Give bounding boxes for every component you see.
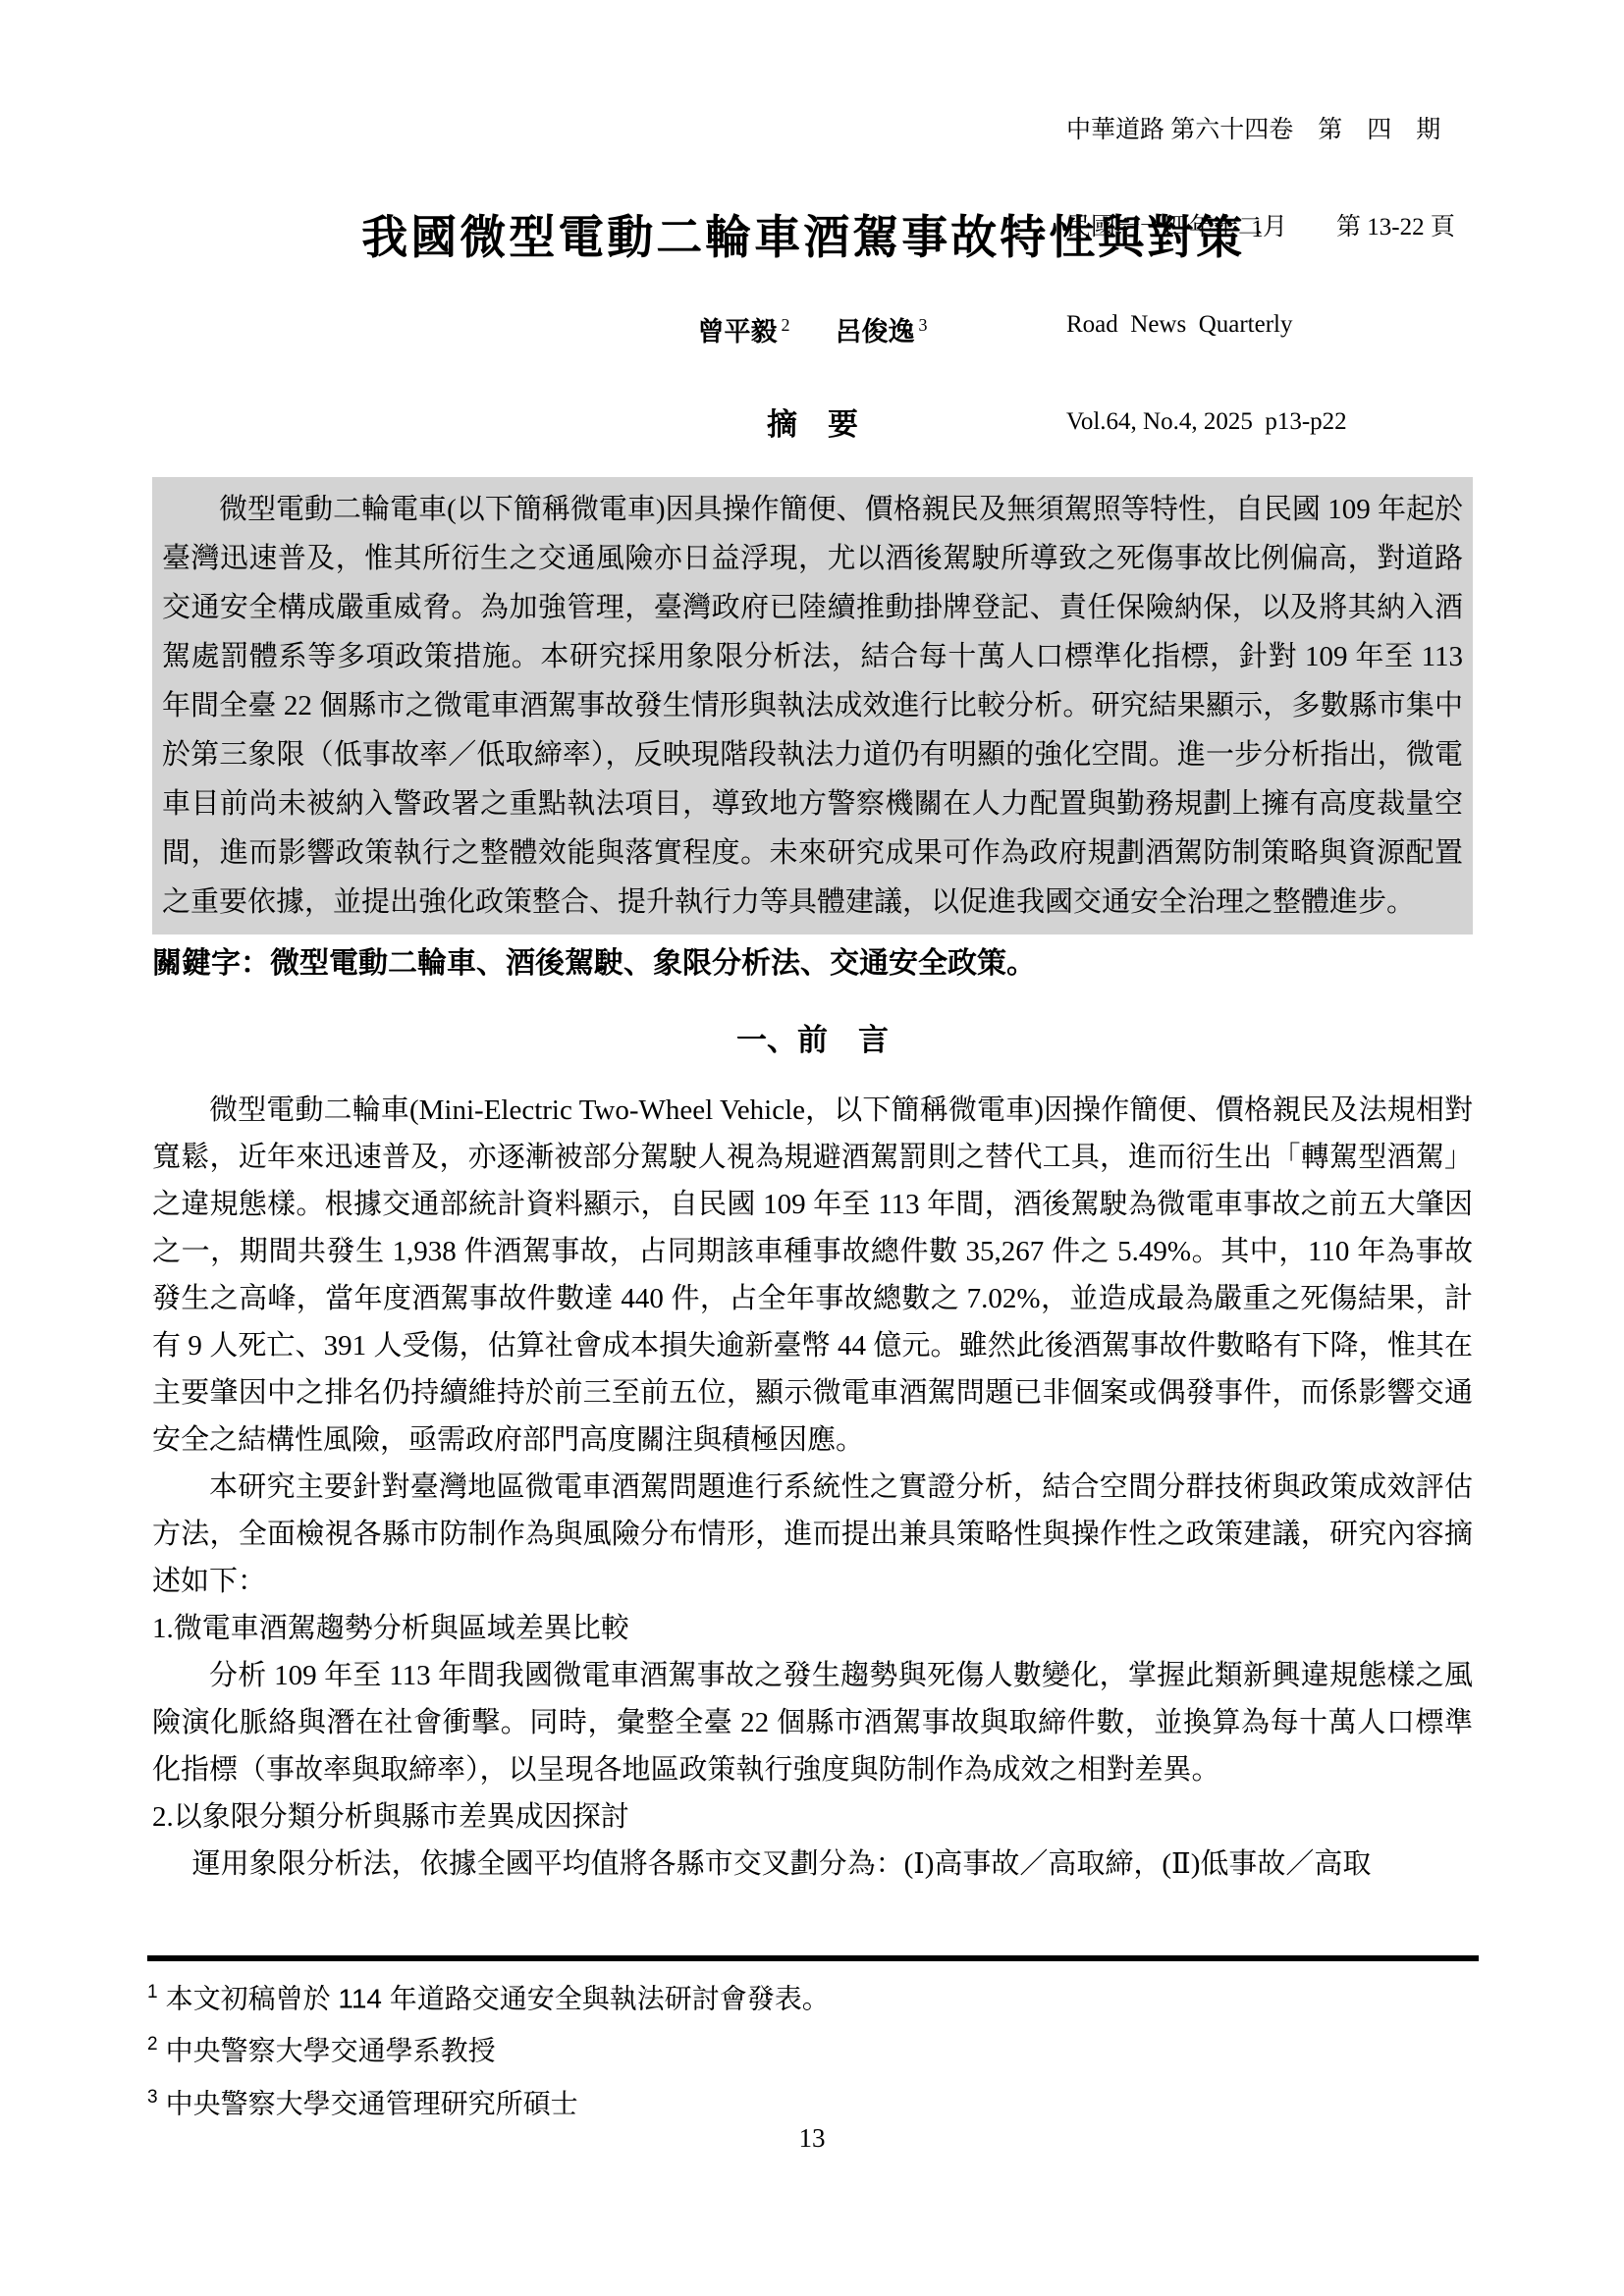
footnote-3-text: 中央警察大學交通管理研究所碩士 (166, 2088, 578, 2118)
footnote-1: 1本文初稿曾於 114 年道路交通安全與執法研討會發表。 (147, 1969, 1479, 2021)
abstract-heading: 摘 要 (152, 400, 1473, 444)
footnotes-block: 1本文初稿曾於 114 年道路交通安全與執法研討會發表。 2中央警察大學交通學系… (147, 1955, 1479, 2126)
author-1-footnote-ref: 2 (782, 315, 790, 335)
section-1-heading: 一、前 言 (152, 1015, 1473, 1059)
paper-page: 中華道路 第六十四卷 第 四 期 民國一一四年十二月 第 13-22 頁 Roa… (0, 0, 1624, 2296)
item-2-body: 運用象限分析法，依據全國平均值將各縣市交叉劃分為：(Ⅰ)高事故／高取締，(Ⅱ)低… (152, 1841, 1473, 1888)
footnote-2-text: 中央警察大學交通學系教授 (166, 2036, 496, 2066)
page-title-text: 我國微型電動二輪車酒駕事故特性與對策 (361, 213, 1245, 264)
author-line: 曾平毅2呂俊逸3 (152, 310, 1473, 348)
abstract-box: 微型電動二輪電車(以下簡稱微電車)因具操作簡便、價格親民及無須駕照等特性，自民國… (152, 477, 1473, 934)
paragraph-2: 本研究主要針對臺灣地區微電車酒駕問題進行系統性之實證分析，結合空間分群技術與政策… (152, 1464, 1473, 1605)
keywords-line: 關鍵字：微型電動二輪車、酒後駕駛、象限分析法、交通安全政策。 (152, 942, 1473, 986)
item-1-body: 分析 109 年至 113 年間我國微電車酒駕事故之發生趨勢與死傷人數變化，掌握… (152, 1652, 1473, 1793)
footnote-3-ref: 3 (147, 2087, 158, 2108)
abstract-body: 微型電動二輪電車(以下簡稱微電車)因具操作簡便、價格親民及無須駕照等特性，自民國… (162, 485, 1463, 927)
footnote-1-text: 本文初稿曾於 114 年道路交通安全與執法研討會發表。 (166, 1983, 830, 2013)
title-footnote-ref: 1 (1251, 216, 1264, 242)
footnote-1-ref: 1 (147, 1982, 158, 2002)
page-number: 13 (0, 2123, 1624, 2154)
item-1-heading: 1.微電車酒駕趨勢分析與區域差異比較 (152, 1605, 1473, 1652)
author-1-name: 曾平毅 (698, 317, 778, 347)
author-2: 呂俊逸3 (836, 317, 928, 347)
page-content: 我國微型電動二輪車酒駕事故特性與對策1 曾平毅2呂俊逸3 摘 要 微型電動二輪電… (152, 0, 1473, 1888)
author-2-footnote-ref: 3 (919, 315, 928, 335)
footnote-2-ref: 2 (147, 2034, 158, 2055)
author-1: 曾平毅2 (698, 317, 790, 347)
section-1-body: 微型電動二輪車(Mini-Electric Two-Wheel Vehicle，… (152, 1087, 1473, 1888)
page-title: 我國微型電動二輪車酒駕事故特性與對策1 (152, 201, 1473, 267)
keywords-label: 關鍵字： (152, 947, 270, 980)
keywords-text: 微型電動二輪車、酒後駕駛、象限分析法、交通安全政策。 (270, 947, 1036, 980)
item-2-heading: 2.以象限分類分析與縣市差異成因探討 (152, 1793, 1473, 1841)
paragraph-1: 微型電動二輪車(Mini-Electric Two-Wheel Vehicle，… (152, 1087, 1473, 1464)
footnote-3: 3中央警察大學交通管理研究所碩士 (147, 2074, 1479, 2126)
author-2-name: 呂俊逸 (836, 317, 915, 347)
footnote-2: 2中央警察大學交通學系教授 (147, 2021, 1479, 2073)
